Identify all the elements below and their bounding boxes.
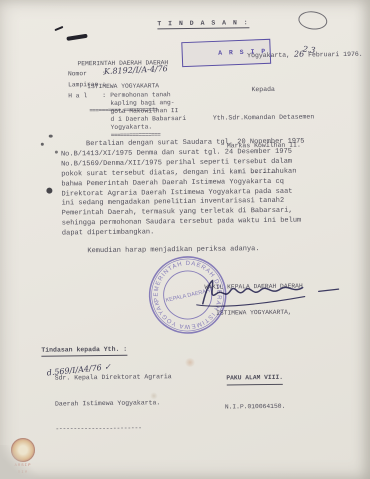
recipient-kepada: Kepada (201, 85, 325, 96)
cc-block: Tindasan kepada Yth. : Sdr. Kepala Direk… (41, 329, 172, 450)
date-day-handwritten: 26 (294, 50, 304, 59)
ink-speck (46, 188, 52, 194)
date-line: Yogyakarta, 26 Februari 1976. (224, 42, 363, 67)
svg-text:PEMERINTAH DAERAH DAERAH ISTIM: PEMERINTAH DAERAH DAERAH ISTIMEWA YOGYAK… (139, 246, 229, 338)
date-city: Yogyakarta, (247, 52, 294, 60)
ink-speck (41, 143, 44, 146)
page-number-circle: 2.3 (297, 10, 328, 32)
scan-corner-shade (0, 445, 40, 479)
scanned-letter-page: T I N D A S A N : 2.3 PEMERINTAH DAERAH … (0, 0, 370, 479)
body-paragraph-1: Bertalian dengan surat Saudara tgl. 20 N… (61, 137, 324, 239)
page-content: T I N D A S A N : 2.3 PEMERINTAH DAERAH … (0, 0, 370, 479)
cc-dashes: ------------------------ (55, 424, 172, 433)
lampiran-label: Lampiran : (68, 81, 106, 89)
hal-value: Permohonan tanah kapling bagi ang- gota … (110, 91, 196, 132)
ink-speck (55, 151, 58, 154)
ink-speck (54, 26, 63, 31)
ink-speck (66, 34, 87, 41)
hal-underline: ================ (111, 131, 161, 139)
signature-space (181, 334, 327, 358)
signer-name: PAKU ALAM VIII. (226, 374, 283, 385)
tindasan-heading: T I N D A S A N : (157, 19, 249, 29)
recipient-line1: Yth.Sdr.Komandan Detasemen (201, 112, 325, 123)
ink-speck (49, 135, 53, 138)
stamp-ring-text: PEMERINTAH DAERAH DAERAH ISTIMEWA YOGYAK… (139, 246, 229, 338)
nomor-label: Nomor : (68, 70, 106, 78)
hal-label: H a l : (68, 92, 106, 100)
signer-nip: N.I.P.010064150. (182, 402, 328, 412)
cc-heading: Tindasan kepada Yth. : (41, 346, 127, 357)
date-rest: Februari 1976. (304, 51, 363, 59)
stamp-center-text: KEPALA DAERAH (165, 288, 210, 304)
cc-line2: Daerah Istimewa Yogyakarta. (55, 399, 172, 408)
